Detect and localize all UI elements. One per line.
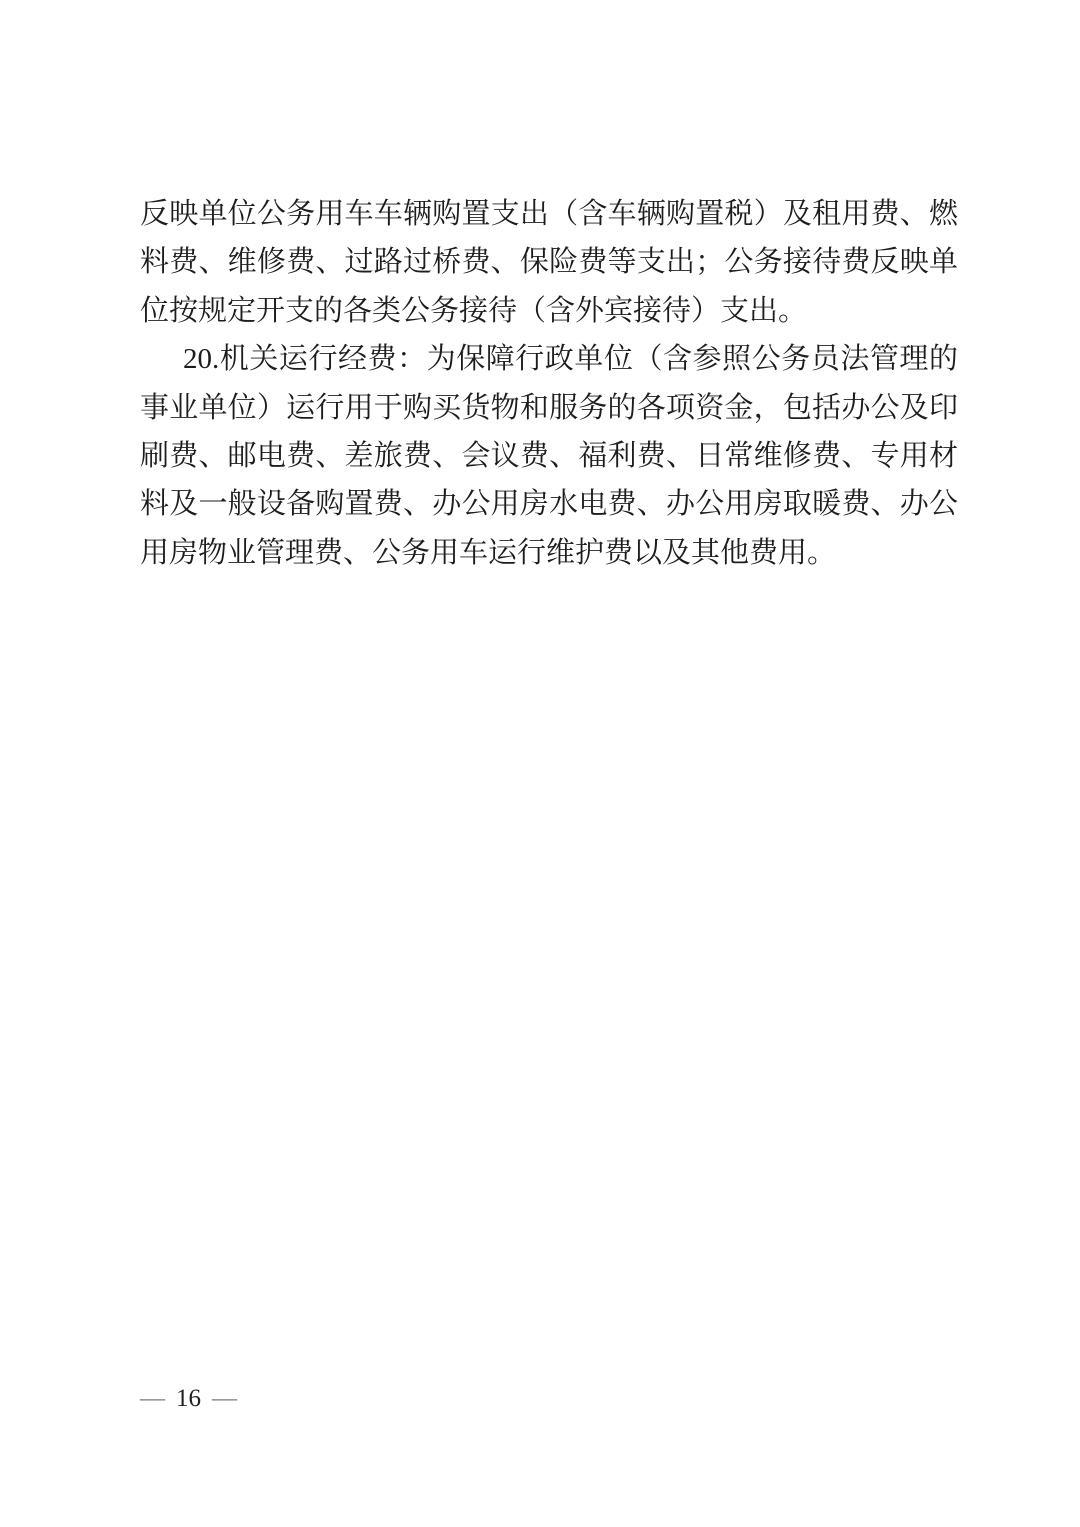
text-line: 位按规定开支的各类公务接待（含外宾接待）支出。: [140, 287, 958, 335]
page-footer: — 16 —: [140, 1384, 237, 1414]
text-line: 料费、维修费、过路过桥费、保险费等支出；公务接待费反映单: [140, 238, 958, 286]
text-line: 事业单位）运行用于购买货物和服务的各项资金，包括办公及印: [140, 384, 958, 432]
document-body: 反映单位公务用车车辆购置支出（含车辆购置税）及租用费、燃 料费、维修费、过路过桥…: [140, 190, 958, 577]
footer-page-number: 16: [176, 1384, 201, 1414]
footer-right-dash: —: [212, 1384, 237, 1414]
text-line: 刷费、邮电费、差旅费、会议费、福利费、日常维修费、专用材: [140, 432, 958, 480]
footer-left-dash: —: [140, 1384, 165, 1414]
text-line: 20.机关运行经费：为保障行政单位（含参照公务员法管理的: [140, 335, 958, 383]
text-line: 用房物业管理费、公务用车运行维护费以及其他费用。: [140, 529, 958, 577]
document-page: 反映单位公务用车车辆购置支出（含车辆购置税）及租用费、燃 料费、维修费、过路过桥…: [0, 0, 1080, 1527]
paragraph-vehicle-expenses: 反映单位公务用车车辆购置支出（含车辆购置税）及租用费、燃 料费、维修费、过路过桥…: [140, 190, 958, 335]
text-line: 反映单位公务用车车辆购置支出（含车辆购置税）及租用费、燃: [140, 190, 958, 238]
text-line: 料及一般设备购置费、办公用房水电费、办公用房取暖费、办公: [140, 480, 958, 528]
paragraph-operating-funds: 20.机关运行经费：为保障行政单位（含参照公务员法管理的 事业单位）运行用于购买…: [140, 335, 958, 577]
